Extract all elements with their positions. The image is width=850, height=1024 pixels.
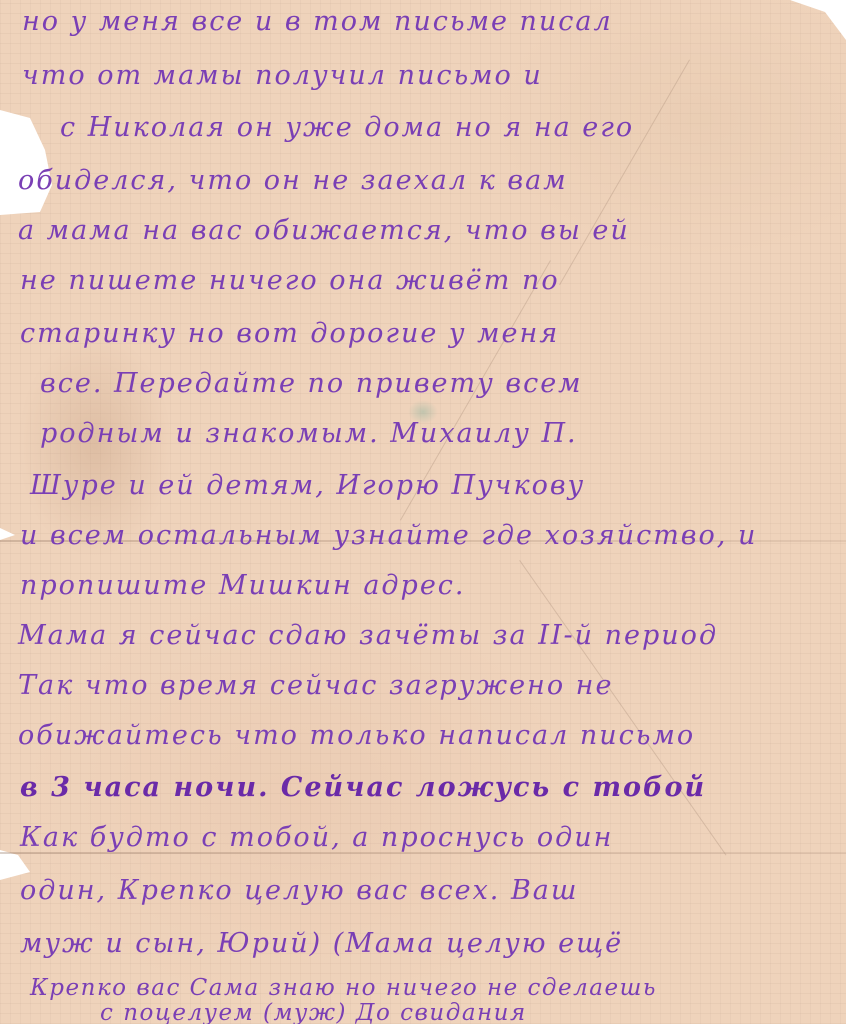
text-line: все. Передайте по привету всем — [40, 368, 583, 399]
text-line: Шуре и ей детям, Игорю Пучкову — [30, 470, 585, 501]
text-line: не пишете ничего она живёт по — [20, 265, 560, 296]
text-line: Как будто с тобой, а проснусь один — [20, 822, 613, 853]
text-line: обиделся, что он не заехал к вам — [18, 165, 568, 196]
text-line: с Николая он уже дома но я на его — [60, 112, 634, 143]
text-line: старинку но вот дорогие у меня — [20, 318, 559, 349]
text-line: с поцелуем (муж) До свидания — [100, 1000, 527, 1024]
text-line: один, Крепко целую вас всех. Ваш — [20, 875, 578, 906]
text-line: что от мамы получил письмо и — [22, 60, 543, 91]
text-line: Так что время сейчас загружено не — [18, 670, 613, 701]
text-line: обижайтесь что только написал письмо — [18, 720, 695, 751]
text-line: и всем остальным узнайте где хозяйство, … — [20, 520, 757, 551]
text-line: пропишите Мишкин адрес. — [20, 570, 466, 601]
text-line: в 3 часа ночи. Сейчас ложусь с тобой — [20, 772, 706, 803]
text-line: Крепко вас Сама знаю но ничего не сделае… — [30, 975, 657, 1001]
text-line: но у меня все и в том письме писал — [22, 6, 613, 37]
text-line: родным и знакомым. Михаилу П. — [40, 418, 578, 449]
letter-paper — [0, 0, 846, 1024]
text-line: а мама на вас обижается, что вы ей — [18, 215, 630, 246]
text-line: муж и сын, Юрий) (Мама целую ещё — [20, 928, 623, 959]
text-line: Мама я сейчас сдаю зачёты за II-й период — [18, 620, 718, 651]
